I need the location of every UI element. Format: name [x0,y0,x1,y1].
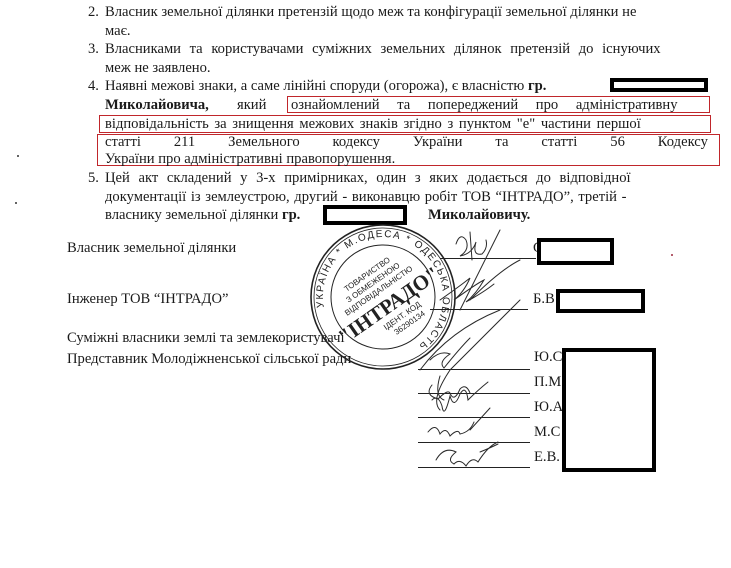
handwritten-signatures-icon [0,0,731,568]
